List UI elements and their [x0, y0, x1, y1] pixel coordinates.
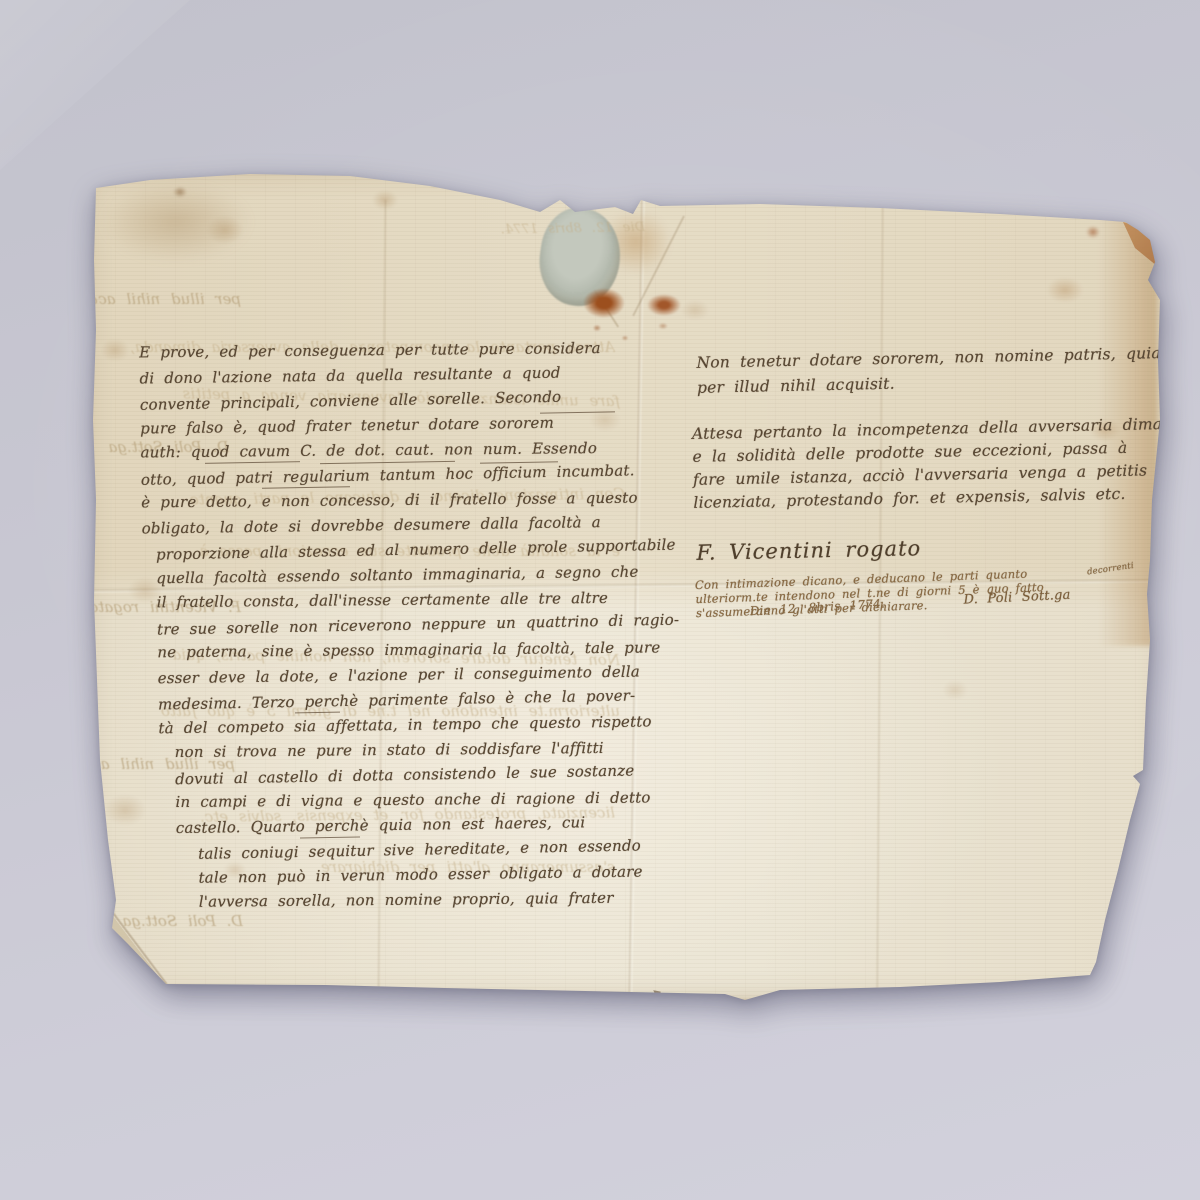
handwritten-line: l'avversa sorella, non nomine proprio, q… — [199, 885, 647, 914]
handwritten-line: è pure detto, e non concesso, di il frat… — [141, 486, 641, 516]
left-page-text: E prove, ed per conseguenza per tutte pu… — [139, 335, 647, 917]
right-page-paragraph-2: Attesa pertanto la incompetenza della av… — [692, 413, 1164, 515]
signature: F. Vicentini rogato — [696, 531, 1164, 565]
letter-paper: Die 12. 8bris 1774. per illud nihil acqu… — [85, 170, 1165, 1000]
corner-smudge-stain — [101, 182, 251, 262]
rust-stain — [583, 288, 625, 318]
handwritten-line: in campi e di vigna e questo anche di ra… — [175, 786, 645, 816]
right-page-paragraph-1: Non tenetur dotare sororem, non nomine p… — [696, 341, 1161, 401]
fold-notch — [653, 990, 661, 999]
paper-sheet: Die 12. 8bris 1774. per illud nihil acqu… — [85, 170, 1165, 1000]
backdrop-corner-highlight — [0, 0, 190, 170]
bleed-through-line: per illud nihil acquisit. — [91, 290, 241, 308]
right-page-text: Non tenetur dotare sororem, non nomine p… — [690, 341, 1165, 617]
handwritten-line: ne paterna, sine è spesso immaginaria la… — [157, 636, 643, 666]
handwritten-line: E prove, ed per conseguenza per tutte pu… — [139, 336, 639, 366]
rust-stain — [647, 294, 681, 316]
